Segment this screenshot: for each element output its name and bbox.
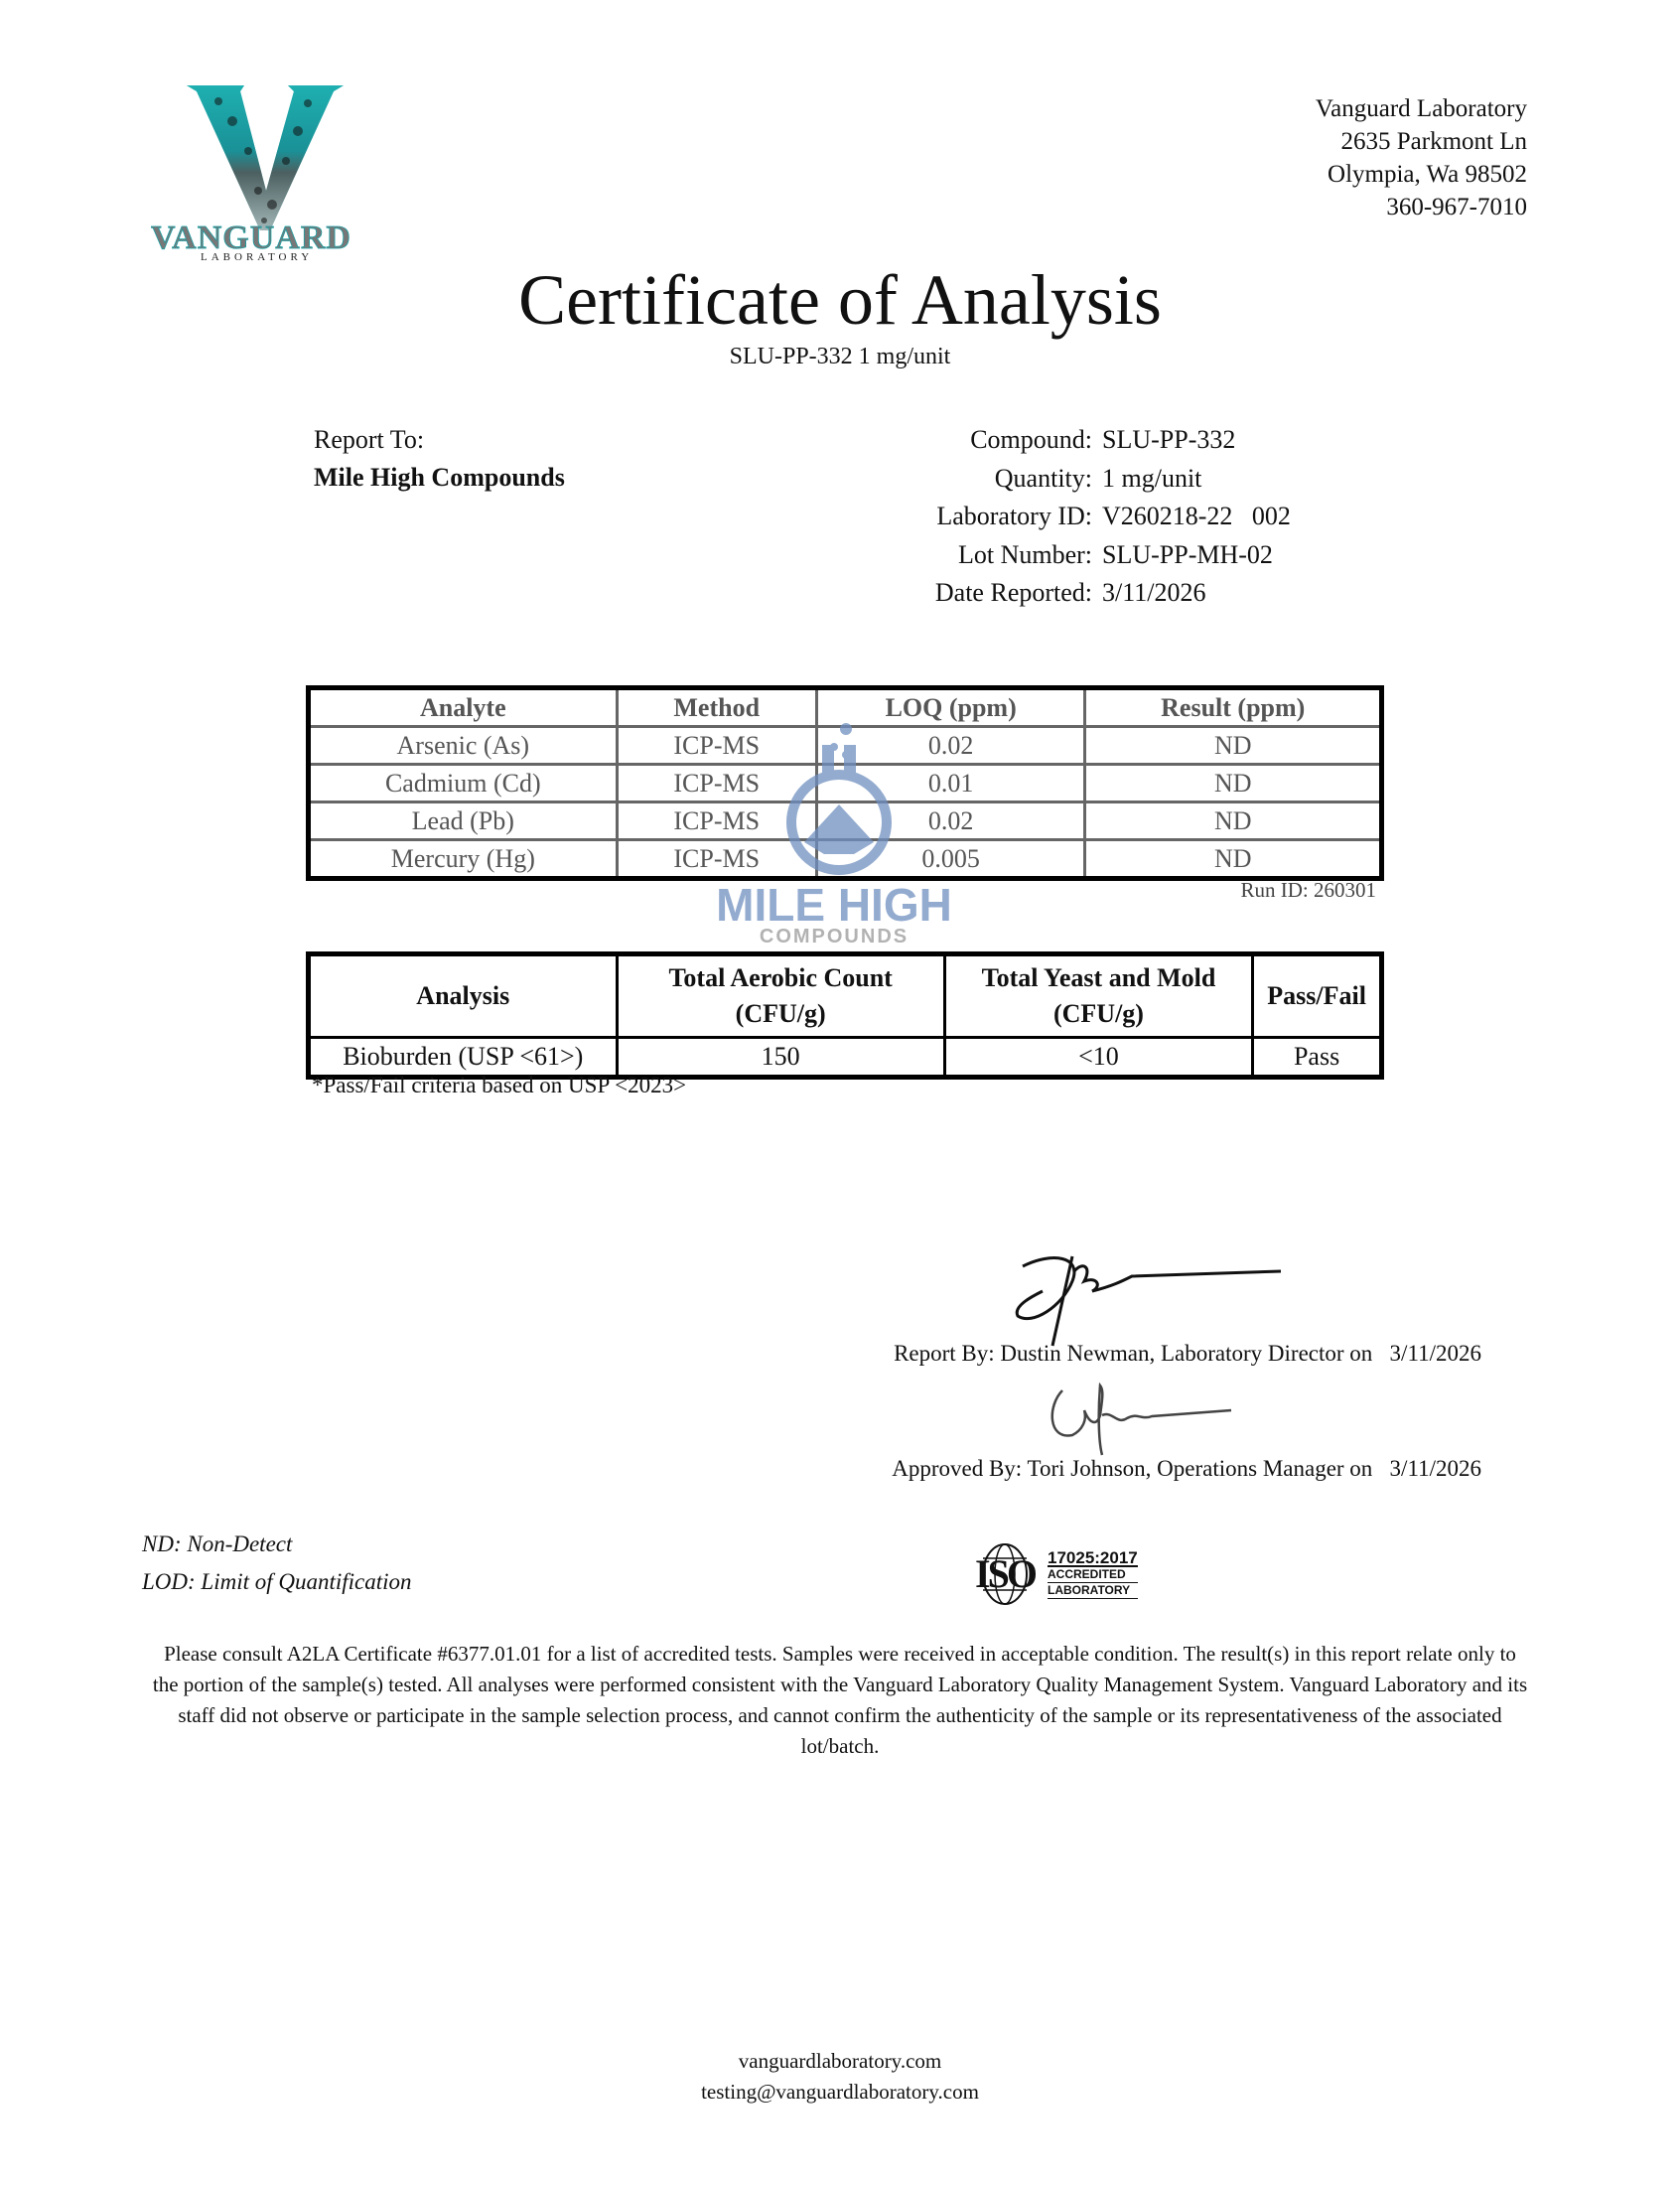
iso-mark: ISO [968, 1550, 1042, 1598]
iso-accredited: ACCREDITED [1048, 1567, 1138, 1583]
col-result: Result (ppm) [1085, 688, 1382, 727]
yeast-mold-cell: <10 [944, 1038, 1252, 1078]
iso-text-block: 17025:2017 ACCREDITED LABORATORY [1048, 1550, 1138, 1599]
globe-icon: ISO [968, 1542, 1042, 1606]
footer: vanguardlaboratory.com testing@vanguardl… [0, 2046, 1680, 2108]
loq-cell: 0.02 [816, 727, 1085, 765]
table-row: Lead (Pb) ICP-MS 0.02 ND [309, 802, 1382, 840]
analysis-cell: Bioburden (USP <61>) [309, 1038, 618, 1078]
sample-info-row: Compound:SLU-PP-332 [874, 421, 1291, 460]
website-link[interactable]: vanguardlaboratory.com [0, 2046, 1680, 2077]
legend-lod: LOD: Limit of Quantification [142, 1563, 412, 1601]
sample-info-row: Lot Number:SLU-PP-MH-02 [874, 536, 1291, 575]
svg-text:COMPOUNDS: COMPOUNDS [760, 926, 909, 944]
header-line: (CFU/g) [736, 999, 826, 1028]
heavy-metals-table: Analyte Method LOQ (ppm) Result (ppm) Ar… [306, 685, 1384, 881]
lab-id-label: Laboratory ID: [874, 498, 1092, 536]
disclaimer: Please consult A2LA Certificate #6377.01… [149, 1639, 1531, 1762]
run-id: Run ID: 260301 [1241, 878, 1377, 903]
col-loq: LOQ (ppm) [816, 688, 1085, 727]
col-aerobic-count: Total Aerobic Count(CFU/g) [617, 954, 944, 1038]
result-cell: ND [1085, 840, 1382, 879]
date-reported-label: Date Reported: [874, 574, 1092, 613]
table-row: Mercury (Hg) ICP-MS 0.005 ND [309, 840, 1382, 879]
lab-name: Vanguard Laboratory [1316, 92, 1527, 125]
compound-label: Compound: [874, 421, 1092, 460]
microbial-table: Analysis Total Aerobic Count(CFU/g) Tota… [306, 951, 1384, 1080]
method-cell: ICP-MS [617, 765, 816, 802]
report-to: Report To: Mile High Compounds [314, 421, 565, 497]
iso-laboratory: LABORATORY [1048, 1583, 1138, 1599]
lot-number-label: Lot Number: [874, 536, 1092, 575]
method-cell: ICP-MS [617, 727, 816, 765]
analyte-cell: Mercury (Hg) [309, 840, 618, 879]
iso-standard: 17025:2017 [1048, 1550, 1138, 1567]
lab-street: 2635 Parkmont Ln [1316, 125, 1527, 158]
result-cell: ND [1085, 802, 1382, 840]
col-method: Method [617, 688, 816, 727]
lab-id-value: V260218-22 002 [1092, 498, 1291, 536]
col-analyte: Analyte [309, 688, 618, 727]
approved-by: Approved By: Tori Johnson, Operations Ma… [892, 1456, 1481, 1482]
header-line: Total Aerobic Count [668, 963, 892, 992]
col-yeast-mold: Total Yeast and Mold(CFU/g) [944, 954, 1252, 1038]
header-line: Total Yeast and Mold [982, 963, 1216, 992]
svg-text:MILE HIGH: MILE HIGH [716, 879, 952, 931]
quantity-label: Quantity: [874, 460, 1092, 499]
loq-cell: 0.02 [816, 802, 1085, 840]
report-to-label: Report To: [314, 421, 565, 459]
pass-fail-cell: Pass [1253, 1038, 1382, 1078]
method-cell: ICP-MS [617, 802, 816, 840]
table-row: Cadmium (Cd) ICP-MS 0.01 ND [309, 765, 1382, 802]
lab-city: Olympia, Wa 98502 [1316, 158, 1527, 191]
method-cell: ICP-MS [617, 840, 816, 879]
sample-info-row: Date Reported:3/11/2026 [874, 574, 1291, 613]
sample-info: Compound:SLU-PP-332 Quantity:1 mg/unit L… [874, 421, 1291, 613]
loq-cell: 0.01 [816, 765, 1085, 802]
analyte-cell: Lead (Pb) [309, 802, 618, 840]
email-link[interactable]: testing@vanguardlaboratory.com [0, 2077, 1680, 2108]
aerobic-count-cell: 150 [617, 1038, 944, 1078]
col-analysis: Analysis [309, 954, 618, 1038]
col-pass-fail: Pass/Fail [1253, 954, 1382, 1038]
svg-text:LABORATORY: LABORATORY [201, 251, 313, 260]
abbreviation-legend: ND: Non-Detect LOD: Limit of Quantificat… [142, 1526, 412, 1601]
signature-icon [1013, 1246, 1291, 1356]
vanguard-v-icon: VANGUARD LABORATORY [149, 81, 387, 260]
compound-value: SLU-PP-332 [1092, 421, 1235, 460]
lab-address: Vanguard Laboratory 2635 Parkmont Ln Oly… [1316, 92, 1527, 223]
date-reported-value: 3/11/2026 [1092, 574, 1205, 613]
page-subtitle: SLU-PP-332 1 mg/unit [0, 344, 1680, 370]
iso-accreditation-badge: ISO 17025:2017 ACCREDITED LABORATORY [968, 1542, 1167, 1606]
sample-info-row: Laboratory ID:V260218-22 002 [874, 498, 1291, 536]
quantity-value: 1 mg/unit [1092, 460, 1201, 499]
page-title: Certificate of Analysis [0, 260, 1680, 340]
lot-number-value: SLU-PP-MH-02 [1092, 536, 1273, 575]
vanguard-logo: VANGUARD LABORATORY [149, 81, 387, 260]
loq-cell: 0.005 [816, 840, 1085, 879]
analyte-cell: Arsenic (As) [309, 727, 618, 765]
pass-fail-note: *Pass/Fail criteria based on USP <2023> [312, 1073, 686, 1098]
sample-info-row: Quantity:1 mg/unit [874, 460, 1291, 499]
manager-signature [1043, 1381, 1241, 1460]
table-header-row: Analysis Total Aerobic Count(CFU/g) Tota… [309, 954, 1382, 1038]
signature-icon [1043, 1381, 1241, 1460]
client-name: Mile High Compounds [314, 459, 565, 497]
director-signature [1013, 1246, 1291, 1356]
header-line: (CFU/g) [1053, 999, 1144, 1028]
report-by: Report By: Dustin Newman, Laboratory Dir… [894, 1341, 1481, 1367]
analyte-cell: Cadmium (Cd) [309, 765, 618, 802]
result-cell: ND [1085, 765, 1382, 802]
table-header-row: Analyte Method LOQ (ppm) Result (ppm) [309, 688, 1382, 727]
table-row: Bioburden (USP <61>) 150 <10 Pass [309, 1038, 1382, 1078]
table-row: Arsenic (As) ICP-MS 0.02 ND [309, 727, 1382, 765]
result-cell: ND [1085, 727, 1382, 765]
lab-phone: 360-967-7010 [1316, 191, 1527, 223]
legend-nd: ND: Non-Detect [142, 1526, 412, 1563]
